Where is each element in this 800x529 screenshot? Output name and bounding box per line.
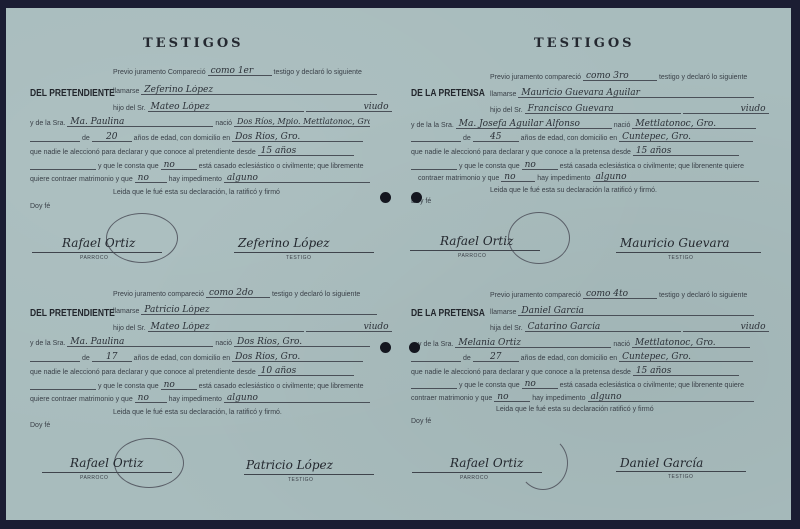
blank-field bbox=[30, 380, 96, 390]
witness-signature: Patricio López bbox=[246, 458, 333, 472]
intro-prefix: Previo juramento Compareció bbox=[113, 69, 206, 76]
age-suffix: años de edad, con domicilio en bbox=[521, 135, 618, 142]
marriage-line: quiere contraer matrimonio y que no hay … bbox=[30, 173, 370, 183]
age-prefix: de bbox=[463, 135, 471, 142]
intro-suffix: testigo y declaró lo siguiente bbox=[659, 292, 747, 299]
marriage-line: quiere contraer matrimonio y que no hay … bbox=[30, 393, 370, 403]
mother-field: Ma. Josefa Aguilar Alfonso bbox=[456, 119, 612, 129]
consta-line: y que le consta que no está casado ecles… bbox=[30, 160, 364, 170]
intro-prefix: Previo juramento compareció bbox=[490, 74, 581, 81]
age-field: 20 bbox=[92, 132, 132, 142]
priest-signature-line bbox=[410, 250, 540, 251]
mother-label: y de la la Sra. bbox=[411, 122, 454, 129]
doy-fe: Doy fé bbox=[30, 422, 50, 429]
consta-field: no bbox=[161, 380, 197, 390]
father-status-field: viudo bbox=[683, 104, 769, 114]
intro-suffix: testigo y declaró lo siguiente bbox=[272, 291, 360, 298]
residence-field: Cuntepec, Gro. bbox=[619, 352, 753, 362]
age-suffix: años de edad, con domicilio en bbox=[134, 355, 231, 362]
witness-caption: TESTIGO bbox=[668, 255, 693, 261]
knows-line: que nadie le aleccionó para declarar y q… bbox=[30, 146, 354, 156]
punch-hole bbox=[411, 192, 422, 203]
consta-suffix: está casado eclesiástico o civilmente; q… bbox=[199, 383, 364, 390]
mother-label: y de la Sra. bbox=[30, 120, 65, 127]
intro-suffix: testigo y declaró lo siguiente bbox=[659, 74, 747, 81]
father-field: Mateo López bbox=[148, 102, 304, 112]
mother-line: y de la Sra. Ma. Paulina nació Dos Ríos,… bbox=[30, 117, 370, 127]
intro-prefix: Previo juramento compareció bbox=[113, 291, 204, 298]
father-field: Mateo López bbox=[148, 322, 304, 332]
marriage-line: contraer matrimonio y que no hay impedim… bbox=[411, 392, 754, 402]
witness-signature-line bbox=[616, 471, 746, 472]
impediment-field: alguno bbox=[224, 173, 370, 183]
intro-suffix: testigo y declaró lo siguiente bbox=[274, 69, 362, 76]
born-label: nació bbox=[215, 340, 232, 347]
blank-field bbox=[411, 379, 457, 389]
age-line: de 20 años de edad, con domicilio en Dos… bbox=[30, 132, 363, 142]
mother-line: y de la Sra. Melania Ortiz nació Mettlat… bbox=[418, 338, 750, 348]
marriage-text: quiere contraer matrimonio y que bbox=[30, 396, 133, 403]
impediment-label: hay impedimento bbox=[537, 175, 590, 182]
born-label: nació bbox=[613, 341, 630, 348]
marriage-line: contraer matrimonio y que no hay impedim… bbox=[418, 172, 759, 182]
born-field: Mettlatonoc, Gro. bbox=[632, 119, 756, 129]
intro-prefix: Previo juramento compareció bbox=[490, 292, 581, 299]
consta-text: y que le consta que bbox=[459, 163, 520, 170]
marriage-text: contraer matrimonio y que bbox=[418, 175, 499, 182]
knows-since-field: 10 años bbox=[258, 366, 354, 376]
side-label: DEL PRETENDIENTE bbox=[30, 88, 115, 99]
blank-field bbox=[411, 132, 461, 142]
age-line: de 17 años de edad, con domicilio en Dos… bbox=[30, 352, 363, 362]
priest-signature-line bbox=[412, 472, 542, 473]
knows-line: que nadie le aleccionó para declarar y q… bbox=[411, 366, 739, 376]
parish-seal bbox=[508, 212, 570, 264]
marriage-field: no bbox=[501, 172, 535, 182]
marriage-field: no bbox=[135, 393, 167, 403]
father-line: hijo del Sr. Francisco Guevara viudo bbox=[490, 104, 769, 114]
doy-fe: Doy fé bbox=[30, 203, 50, 210]
punch-hole bbox=[380, 342, 391, 353]
knows-since-field: 15 años bbox=[633, 146, 739, 156]
witness-signature: Zeferino López bbox=[238, 236, 330, 250]
consta-line: y que le consta que no está casada ecles… bbox=[411, 379, 744, 389]
consta-text: y que le consta que bbox=[459, 382, 520, 389]
born-field: Dos Ríos, Mpio. Mettlatonoc, Gro. bbox=[234, 117, 370, 127]
priest-caption: PARROCO bbox=[460, 475, 488, 481]
age-field: 17 bbox=[92, 352, 132, 362]
name-label: llamarse bbox=[490, 91, 516, 98]
father-label: hijo del Sr. bbox=[113, 325, 146, 332]
witness-signature-line bbox=[616, 252, 761, 253]
priest-signature-line bbox=[42, 472, 172, 473]
doy-fe: Doy fé bbox=[411, 418, 431, 425]
page-title: TESTIGOS bbox=[534, 36, 635, 51]
parish-seal bbox=[518, 436, 568, 490]
blank-field bbox=[411, 352, 461, 362]
left-page: TESTIGOS Previo juramento Compareció com… bbox=[6, 8, 398, 520]
knows-text: que nadie le aleccionó para declarar y q… bbox=[30, 149, 256, 156]
priest-signature: Rafael Ortiz bbox=[440, 234, 513, 248]
father-line: hijo del Sr. Mateo López viudo bbox=[113, 102, 392, 112]
punch-hole bbox=[380, 192, 391, 203]
priest-caption: PARROCO bbox=[80, 255, 108, 261]
ordinal-field: como 2do bbox=[206, 288, 270, 298]
blank-field bbox=[30, 132, 80, 142]
knows-line: que nadie le aleccionó para declarar y q… bbox=[411, 146, 739, 156]
age-field: 27 bbox=[473, 352, 519, 362]
impediment-field: alguno bbox=[588, 392, 754, 402]
age-prefix: de bbox=[82, 135, 90, 142]
name-line: llamarse Mauricio Guevara Aguilar bbox=[490, 88, 754, 98]
side-label: DE LA PRETENSA bbox=[411, 88, 485, 99]
right-page: TESTIGOS Previo juramento compareció com… bbox=[398, 8, 791, 520]
witness-signature-line bbox=[234, 252, 374, 253]
consta-suffix: está casada eclesiástica o civilmente; q… bbox=[560, 382, 744, 389]
mother-line: y de la la Sra. Ma. Josefa Aguilar Alfon… bbox=[411, 119, 756, 129]
father-label: hija del Sr. bbox=[490, 325, 523, 332]
consta-text: y que le consta que bbox=[98, 383, 159, 390]
intro-line: Previo juramento Compareció como 1er tes… bbox=[113, 66, 362, 76]
impediment-label: hay impedimento bbox=[169, 176, 222, 183]
blank-field bbox=[411, 160, 457, 170]
name-line: llamarse Daniel García bbox=[490, 306, 754, 316]
impediment-field: alguno bbox=[224, 393, 370, 403]
punch-hole bbox=[409, 342, 420, 353]
intro-line: Previo juramento compareció como 3ro tes… bbox=[490, 71, 747, 81]
knows-text: que nadie le aleccionó para declarar y q… bbox=[411, 149, 631, 156]
name-label: llamarse bbox=[113, 88, 139, 95]
intro-line: Previo juramento compareció como 4to tes… bbox=[490, 289, 747, 299]
age-field: 45 bbox=[473, 132, 519, 142]
witness-caption: TESTIGO bbox=[668, 474, 693, 480]
name-field: Zeferino López bbox=[141, 85, 377, 95]
mother-line: y de la Sra. Ma. Paulina nació Dos Ríos,… bbox=[30, 337, 370, 347]
mother-field: Melania Ortiz bbox=[455, 338, 611, 348]
priest-signature: Rafael Ortiz bbox=[62, 236, 135, 250]
name-field: Patricio López bbox=[141, 305, 377, 315]
intro-line: Previo juramento compareció como 2do tes… bbox=[113, 288, 360, 298]
age-line: de 27 años de edad, con domicilio en Cun… bbox=[411, 352, 753, 362]
residence-field: Dos Ríos, Gro. bbox=[232, 352, 363, 362]
witness-signature: Daniel García bbox=[620, 456, 703, 470]
consta-field: no bbox=[161, 160, 197, 170]
leida-text: Leida que le fué esta su declaración rat… bbox=[496, 406, 654, 413]
age-suffix: años de edad, con domicilio en bbox=[134, 135, 231, 142]
priest-signature-line bbox=[32, 252, 162, 253]
residence-field: Cuntepec, Gro. bbox=[619, 132, 753, 142]
consta-suffix: está casada eclesiástica o civilmente; q… bbox=[560, 163, 744, 170]
marriage-field: no bbox=[135, 173, 167, 183]
consta-field: no bbox=[522, 160, 558, 170]
consta-line: y que le consta que no está casada ecles… bbox=[411, 160, 744, 170]
residence-field: Dos Ríos, Gro. bbox=[232, 132, 363, 142]
impediment-field: alguno bbox=[593, 172, 759, 182]
blank-field bbox=[30, 160, 96, 170]
father-status-field: viudo bbox=[306, 322, 392, 332]
knows-since-field: 15 años bbox=[633, 366, 739, 376]
name-label: llamarse bbox=[113, 308, 139, 315]
impediment-label: hay impedimento bbox=[169, 396, 222, 403]
mother-label: y de la Sra. bbox=[30, 340, 65, 347]
blank-field bbox=[30, 352, 80, 362]
age-suffix: años de edad, con domicilio en bbox=[521, 355, 618, 362]
priest-caption: PARROCO bbox=[80, 475, 108, 481]
side-label: DEL PRETENDIENTE bbox=[30, 308, 115, 319]
name-line: llamarse Patricio López bbox=[113, 305, 377, 315]
name-label: llamarse bbox=[490, 309, 516, 316]
mother-field: Ma. Paulina bbox=[67, 337, 213, 347]
priest-caption: PARROCO bbox=[458, 253, 486, 259]
consta-suffix: está casado eclesiástico o civilmente; q… bbox=[199, 163, 364, 170]
witness-signature: Mauricio Guevara bbox=[620, 236, 730, 250]
father-status-field: viudo bbox=[306, 102, 392, 112]
priest-signature: Rafael Ortiz bbox=[450, 456, 523, 470]
consta-text: y que le consta que bbox=[98, 163, 159, 170]
father-line: hijo del Sr. Mateo López viudo bbox=[113, 322, 392, 332]
leida-text: Leida que le fué esta su declaración, la… bbox=[113, 409, 282, 416]
age-prefix: de bbox=[82, 355, 90, 362]
father-field: Catarino García bbox=[525, 322, 681, 332]
knows-text: que nadie le aleccionó para declarar y q… bbox=[411, 369, 631, 376]
knows-line: que nadie le aleccionó para declarar y q… bbox=[30, 366, 354, 376]
age-prefix: de bbox=[463, 355, 471, 362]
document-scan: TESTIGOS Previo juramento Compareció com… bbox=[6, 8, 791, 520]
father-label: hijo del Sr. bbox=[490, 107, 523, 114]
marriage-text: quiere contraer matrimonio y que bbox=[30, 176, 133, 183]
father-label: hijo del Sr. bbox=[113, 105, 146, 112]
knows-text: que nadie le aleccionó para declarar y q… bbox=[30, 369, 256, 376]
leida-text: Leida que le fué esta su declaración, la… bbox=[113, 189, 280, 196]
consta-line: y que le consta que no está casado ecles… bbox=[30, 380, 364, 390]
side-label: DE LA PRETENSA bbox=[411, 308, 485, 319]
father-status-field: viudo bbox=[683, 322, 769, 332]
knows-since-field: 15 años bbox=[258, 146, 354, 156]
mother-label: y de la Sra. bbox=[418, 341, 453, 348]
father-line: hija del Sr. Catarino García viudo bbox=[490, 322, 769, 332]
born-label: nació bbox=[614, 122, 631, 129]
ordinal-field: como 1er bbox=[208, 66, 272, 76]
consta-field: no bbox=[522, 379, 558, 389]
witness-caption: TESTIGO bbox=[288, 477, 313, 483]
mother-field: Ma. Paulina bbox=[67, 117, 213, 127]
leida-text: Leida que le fué esta su declaración la … bbox=[490, 187, 657, 194]
born-field: Dos Ríos, Gro. bbox=[234, 337, 370, 347]
marriage-text: contraer matrimonio y que bbox=[411, 395, 492, 402]
name-line: llamarse Zeferino López bbox=[113, 85, 377, 95]
priest-signature: Rafael Ortiz bbox=[70, 456, 143, 470]
marriage-field: no bbox=[494, 392, 530, 402]
age-line: de 45 años de edad, con domicilio en Cun… bbox=[411, 132, 753, 142]
witness-signature-line bbox=[244, 474, 374, 475]
name-field: Mauricio Guevara Aguilar bbox=[518, 88, 754, 98]
ordinal-field: como 4to bbox=[583, 289, 657, 299]
father-field: Francisco Guevara bbox=[525, 104, 681, 114]
born-label: nació bbox=[215, 120, 232, 127]
name-field: Daniel García bbox=[518, 306, 754, 316]
page-title: TESTIGOS bbox=[143, 36, 244, 51]
impediment-label: hay impedimento bbox=[532, 395, 585, 402]
born-field: Mettlatonoc, Gro. bbox=[632, 338, 750, 348]
ordinal-field: como 3ro bbox=[583, 71, 657, 81]
witness-caption: TESTIGO bbox=[286, 255, 311, 261]
